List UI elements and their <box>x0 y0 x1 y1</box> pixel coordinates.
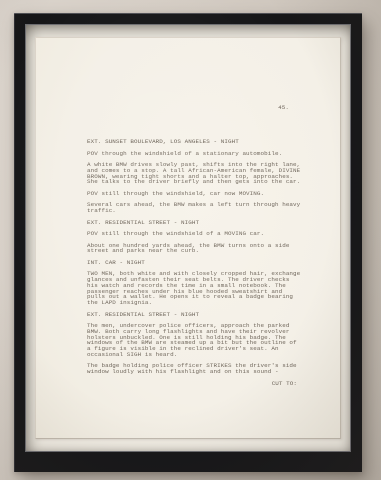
mat-backing: 45. EXT. SUNSET BOULEVARD, LOS ANGELES -… <box>26 25 350 451</box>
script-block-scene-heading: EXT. RESIDENTIAL STREET - NIGHT <box>87 220 303 226</box>
script-line: the LAPD insignia. <box>87 300 303 306</box>
script-block-action: TWO MEN, both white and with closely cro… <box>87 271 303 306</box>
script-line: POV through the windshield of a stationa… <box>87 151 303 157</box>
script-line: window loudly with his flashlight and on… <box>87 369 303 375</box>
script-line: traffic. <box>87 208 303 214</box>
screenplay-page: 45. EXT. SUNSET BOULEVARD, LOS ANGELES -… <box>35 37 341 439</box>
page-number: 45. <box>87 105 303 111</box>
script-block-transition: CUT TO: <box>87 381 303 387</box>
script-line: occasional SIGH is heard. <box>87 352 303 358</box>
screenplay-body: EXT. SUNSET BOULEVARD, LOS ANGELES - NIG… <box>87 139 303 386</box>
script-line: POV still through the windshield, car no… <box>87 191 303 197</box>
script-block-scene-heading: EXT. RESIDENTIAL STREET - NIGHT <box>87 312 303 318</box>
script-block-action: A white BMW drives slowly past, shifts i… <box>87 162 303 185</box>
script-block-action: Several cars ahead, the BMW makes a left… <box>87 202 303 214</box>
script-line: POV still through the windshield of a MO… <box>87 231 303 237</box>
script-block-action: The badge holding police officer STRIKES… <box>87 363 303 375</box>
script-line: She talks to the driver briefly and then… <box>87 179 303 185</box>
script-line: EXT. SUNSET BOULEVARD, LOS ANGELES - NIG… <box>87 139 303 145</box>
picture-frame: 45. EXT. SUNSET BOULEVARD, LOS ANGELES -… <box>14 13 362 472</box>
script-line: street and parks near the curb. <box>87 248 303 254</box>
script-line: EXT. RESIDENTIAL STREET - NIGHT <box>87 312 303 318</box>
script-block-action: The men, undercover police officers, app… <box>87 323 303 358</box>
photograph-of-framed-artwork: 45. EXT. SUNSET BOULEVARD, LOS ANGELES -… <box>0 0 381 480</box>
script-block-action: POV through the windshield of a stationa… <box>87 151 303 157</box>
script-block-action: POV still through the windshield, car no… <box>87 191 303 197</box>
script-block-scene-heading: EXT. SUNSET BOULEVARD, LOS ANGELES - NIG… <box>87 139 303 145</box>
script-line: CUT TO: <box>87 381 297 387</box>
script-line: EXT. RESIDENTIAL STREET - NIGHT <box>87 220 303 226</box>
script-block-action: POV still through the windshield of a MO… <box>87 231 303 237</box>
script-block-action: About one hundred yards ahead, the BMW t… <box>87 243 303 255</box>
script-block-scene-heading: INT. CAR - NIGHT <box>87 260 303 266</box>
typed-text-block: 45. EXT. SUNSET BOULEVARD, LOS ANGELES -… <box>87 93 303 398</box>
script-line: INT. CAR - NIGHT <box>87 260 303 266</box>
script-line: Several cars ahead, the BMW makes a left… <box>87 202 303 208</box>
